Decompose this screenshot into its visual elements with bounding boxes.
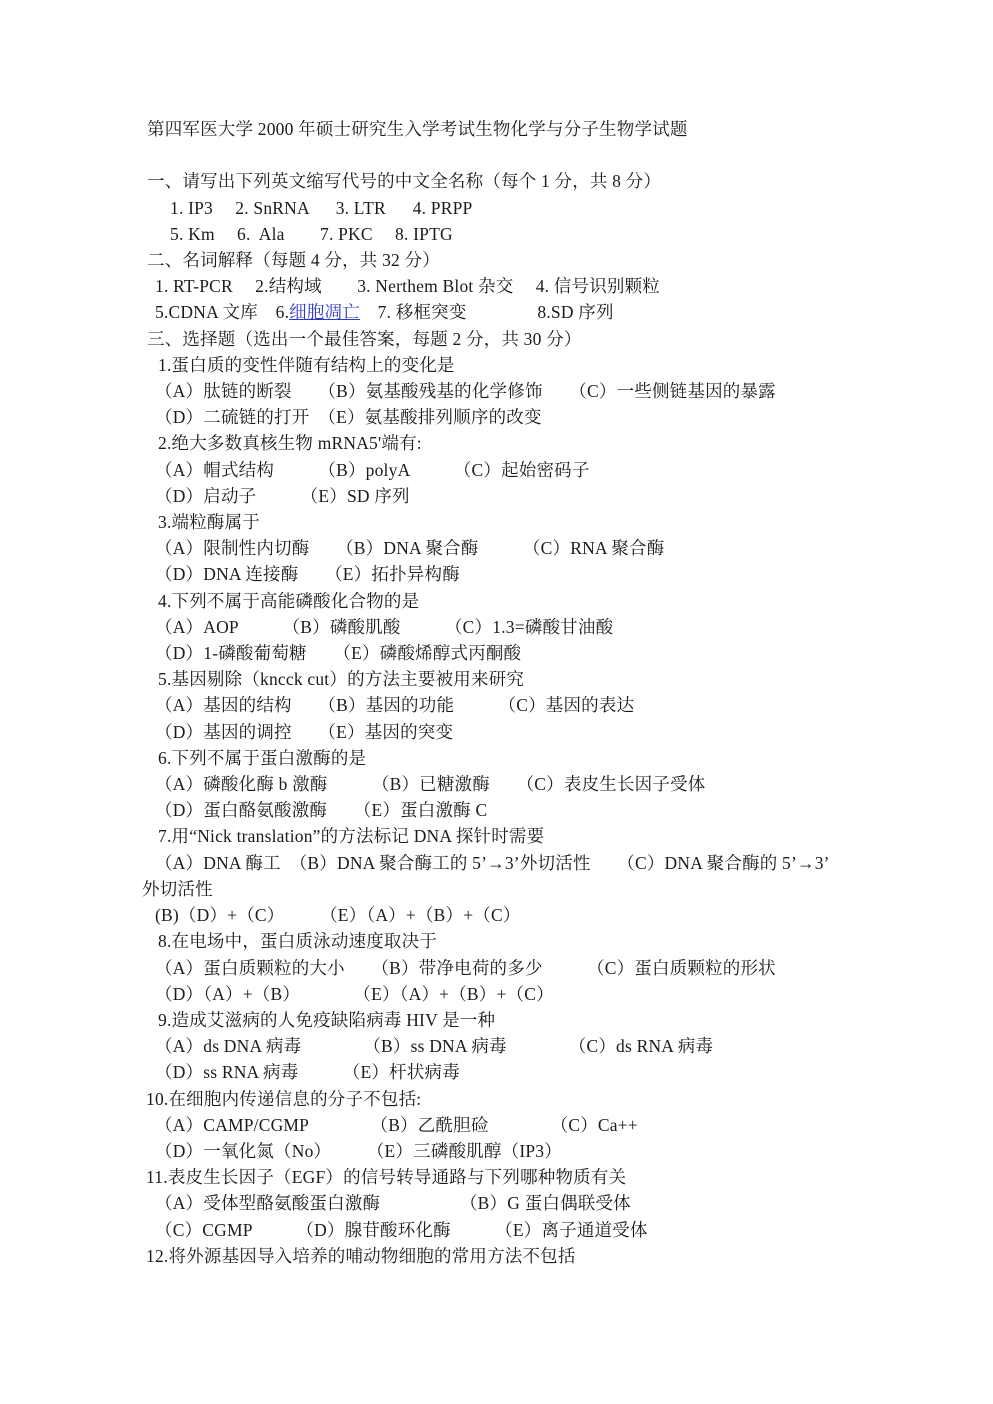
question-8-stem: 8.在电场中，蛋白质泳动速度取决于 [158,928,972,954]
question-3-options-de: （D）DNA 连接酶 （E）拓扑异构酶 [155,561,972,587]
page-title: 第四军医大学 2000 年硕士研究生入学考试生物化学与分子生物学试题 [147,116,972,142]
question-11-stem: 11.表皮生长因子（EGF）的信号转导通路与下列哪种物质有关 [146,1164,972,1190]
text-segment: 5.CDNA 文库 6. [155,302,289,322]
question-7-stem: 7.用“Nick translation”的方法标记 DNA 探针时需要 [158,823,972,849]
question-3-stem: 3.端粒酶属于 [158,509,972,535]
abbrev-items-1-4: 1. IP3 2. SnRNA 3. LTR 4. PRPP [170,195,972,221]
question-8-options-abc: （A）蛋白质颗粒的大小 （B）带净电荷的多少 （C）蛋白质颗粒的形状 [155,955,972,981]
document-page: 第四军医大学 2000 年硕士研究生入学考试生物化学与分子生物学试题 一、请写出… [142,116,972,1269]
question-4-options-de: （D）1-磷酸葡萄糖 （E）磷酸烯醇式丙酮酸 [155,640,972,666]
abbrev-items-5-8: 5. Km 6. Ala 7. PKC 8. IPTG [170,221,972,247]
question-4-options-abc: （A）AOP （B）磷酸肌酸 （C）1.3=磷酸甘油酸 [155,614,972,640]
section-1-heading: 一、请写出下列英文缩写代号的中文全名称（每个 1 分，共 8 分） [147,168,972,194]
text-segment: 7. 移框突变 8.SD 序列 [360,302,614,322]
question-9-options-de: （D）ss RNA 病毒 （E）杆状病毒 [155,1059,972,1085]
question-8-options-de: （D）（A）+（B） （E）（A）+（B）+（C） [155,981,972,1007]
question-10-options-de: （D）一氧化氮（No） （E）三磷酸肌醇（IP3） [155,1138,972,1164]
term-items-5-8: 5.CDNA 文库 6.细胞凋亡 7. 移框突变 8.SD 序列 [155,299,972,325]
blank-line [142,142,972,168]
question-2-options-de: （D）启动子 （E）SD 序列 [155,483,972,509]
question-11-options-cde: （C）CGMP （D）腺苷酸环化酶 （E）离子通道受体 [155,1217,972,1243]
question-7-option-c-continuation: 外切活性 [142,876,972,902]
question-11-options-ab: （A）受体型酪氨酸蛋白激酶 （B）G 蛋白偶联受体 [155,1190,972,1216]
question-10-options-abc: （A）CAMP/CGMP （B）乙酰胆硷 （C）Ca++ [155,1112,972,1138]
question-4-stem: 4.下列不属于高能磷酸化合物的是 [158,588,972,614]
question-6-options-abc: （A）磷酸化酶 b 激酶 （B）已糖激酶 （C）表皮生长因子受体 [155,771,972,797]
section-3-heading: 三、选择题（选出一个最佳答案，每题 2 分，共 30 分） [147,326,972,352]
question-7-options-abc: （A）DNA 酶工 （B）DNA 聚合酶工的 5’→3’外切活性 （C）DNA … [155,850,972,876]
question-5-options-abc: （A）基因的结构 （B）基因的功能 （C）基因的表达 [155,692,972,718]
question-2-options-abc: （A）帽式结构 （B）polyA （C）起始密码子 [155,457,972,483]
question-6-options-de: （D）蛋白酪氨酸激酶 （E）蛋白激酶 C [155,797,972,823]
question-5-options-de: （D）基因的调控 （E）基因的突变 [155,719,972,745]
question-3-options-abc: （A）限制性内切酶 （B）DNA 聚合酶 （C）RNA 聚合酶 [155,535,972,561]
question-12-stem: 12.将外源基因导入培养的哺动物细胞的常用方法不包括 [146,1243,972,1269]
question-1-options-abc: （A）肽链的断裂 （B）氨基酸残基的化学修饰 （C）一些侧链基因的暴露 [155,378,972,404]
question-2-stem: 2.绝大多数真核生物 mRNA5'端有: [158,430,972,456]
question-9-options-abc: （A）ds DNA 病毒 （B）ss DNA 病毒 （C）ds RNA 病毒 [155,1033,972,1059]
question-6-stem: 6.下列不属于蛋白激酶的是 [158,745,972,771]
question-1-stem: 1.蛋白质的变性伴随有结构上的变化是 [158,352,972,378]
document-viewport: 第四军医大学 2000 年硕士研究生入学考试生物化学与分子生物学试题 一、请写出… [0,0,993,1404]
term-items-1-4: 1. RT-PCR 2.结构域 3. Nerthem Blot 杂交 4. 信号… [155,273,972,299]
question-7-options-be: (B)（D）+（C） （E）（A）+（B）+（C） [155,902,972,928]
section-2-heading: 二、名词解释（每题 4 分，共 32 分） [147,247,972,273]
question-9-stem: 9.造成艾滋病的人免疫缺陷病毒 HIV 是一种 [158,1007,972,1033]
question-10-stem: 10.在细胞内传递信息的分子不包括: [146,1086,972,1112]
cell-apoptosis-link[interactable]: 细胞凋亡 [289,302,360,322]
question-5-stem: 5.基因剔除（kncck cut）的方法主要被用来研究 [158,666,972,692]
question-1-options-de: （D）二硫链的打开 （E）氨基酸排列顺序的改变 [155,404,972,430]
